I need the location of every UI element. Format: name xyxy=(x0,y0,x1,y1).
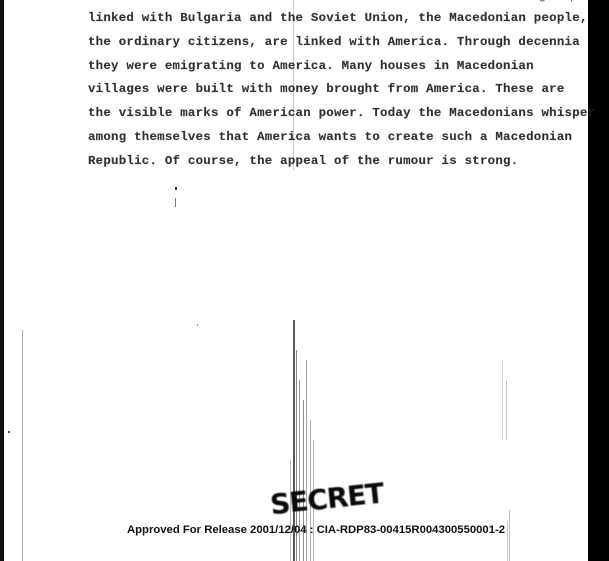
scan-streak xyxy=(22,330,23,561)
scan-streak xyxy=(507,520,508,561)
scan-streak xyxy=(506,380,507,440)
cut-off-text-line: were the rest states in Macedonian the B… xyxy=(0,0,609,6)
ink-speck xyxy=(175,198,176,207)
cut-off-text: were the rest states in Macedonian the B… xyxy=(215,0,577,3)
text-line: villages were built with money brought f… xyxy=(88,81,578,105)
text-line: among themselves that America wants to c… xyxy=(88,129,578,153)
scan-streak xyxy=(509,510,510,561)
text-line: the ordinary citizens, are linked with A… xyxy=(88,34,578,58)
scan-streak xyxy=(502,360,503,440)
text-line: linked with Bulgaria and the Soviet Unio… xyxy=(88,10,578,34)
scan-streak xyxy=(303,400,304,561)
ink-speck xyxy=(175,187,177,190)
scan-left-border xyxy=(0,0,4,561)
scan-streak xyxy=(293,0,294,170)
classification-stamp: SECRET xyxy=(269,476,385,521)
text-line: the visible marks of American power. Tod… xyxy=(88,105,578,129)
text-line: Republic. Of course, the appeal of the r… xyxy=(88,153,578,177)
text-line: they were emigrating to America. Many ho… xyxy=(88,58,578,82)
ink-speck xyxy=(197,324,198,326)
release-footer: Approved For Release 2001/12/04 : CIA-RD… xyxy=(127,524,505,536)
typewritten-paragraph: linked with Bulgaria and the Soviet Unio… xyxy=(88,10,578,177)
scan-right-border xyxy=(588,0,609,561)
ink-speck xyxy=(8,431,10,433)
